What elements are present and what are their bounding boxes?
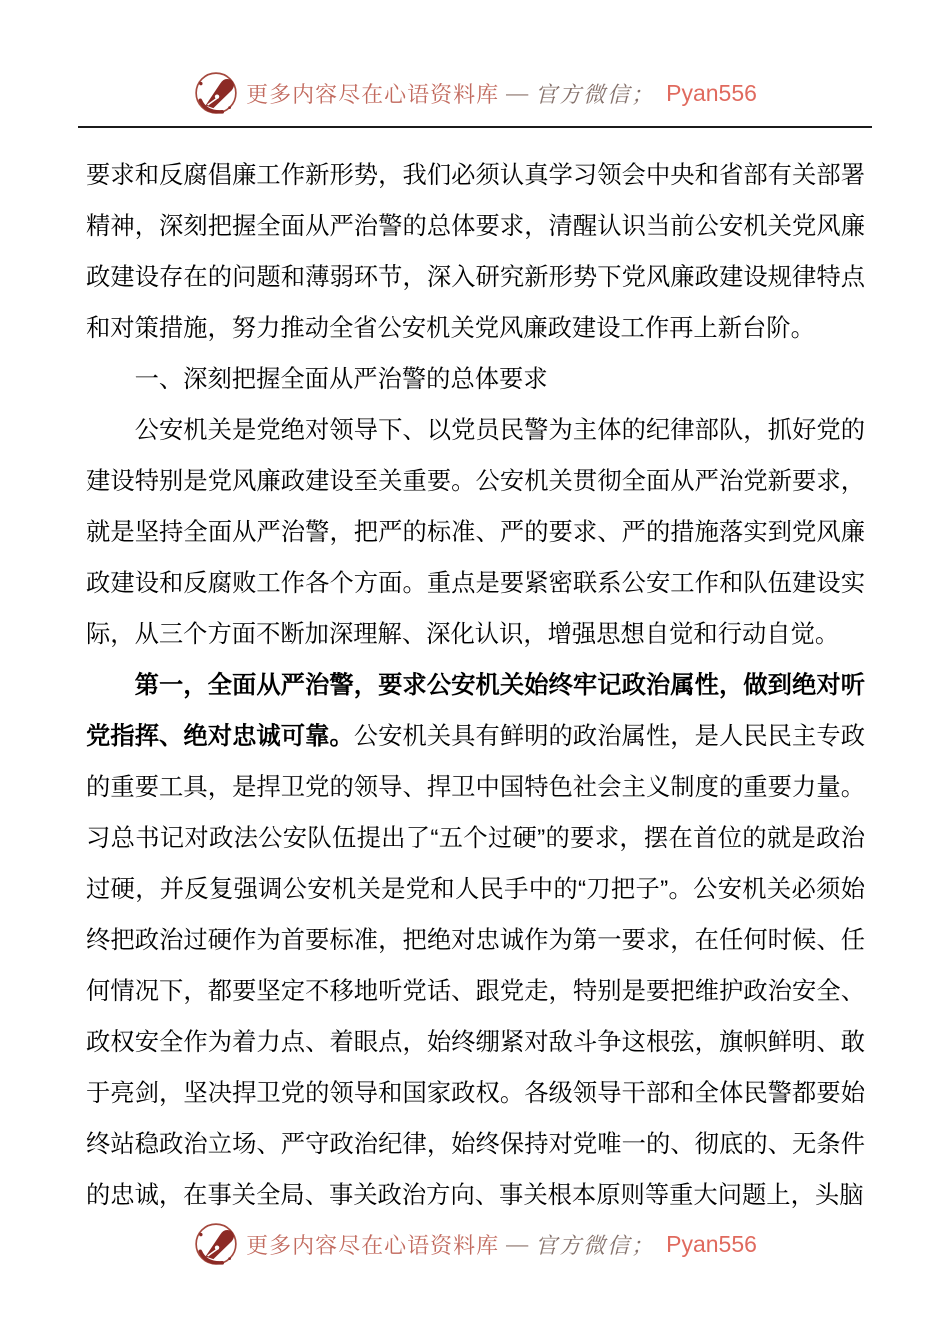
brand-text: 更多内容尽在心语资料库 — [246, 78, 499, 109]
document-page: 更多内容尽在心语资料库—官方微信；Pyan556 要求和反腐倡廉工作新形势，我们… — [0, 0, 950, 1344]
text-run: 公安机关具有鲜明的政治属性，是人民民主专政的重要工具，是捍卫党的领导、捍卫中国特… — [86, 723, 865, 1209]
text-run: 公安机关是党绝对领导下、以党员民警为主体的纪律部队，抓好党的建设特别是党风廉政建… — [86, 417, 865, 648]
wechat-id: Pyan556 — [666, 1231, 757, 1258]
paragraph: 公安机关是党绝对领导下、以党员民警为主体的纪律部队，抓好党的建设特别是党风廉政建… — [86, 405, 865, 660]
header-banner: 更多内容尽在心语资料库—官方微信；Pyan556 — [0, 70, 950, 116]
wechat-label: 官方微信； — [535, 1229, 655, 1260]
paragraph-first-point: 第一，全面从严治警，要求公安机关始终牢记政治属性，做到绝对听党指挥、绝对忠诚可靠… — [86, 660, 865, 1221]
pen-nib-circle-icon — [193, 1221, 239, 1267]
pen-nib-circle-icon — [193, 70, 239, 116]
text-run: 要求和反腐倡廉工作新形势，我们必须认真学习领会中央和省部有关部署精神，深刻把握全… — [86, 162, 865, 342]
brand-text: 更多内容尽在心语资料库 — [246, 1229, 499, 1260]
section-heading: 一、深刻把握全面从严治警的总体要求 — [86, 354, 865, 405]
wechat-label: 官方微信； — [535, 78, 655, 109]
document-body: 要求和反腐倡廉工作新形势，我们必须认真学习领会中央和省部有关部署精神，深刻把握全… — [86, 150, 865, 1221]
header-divider — [78, 126, 872, 128]
separator-dash: — — [506, 80, 528, 106]
separator-dash: — — [506, 1231, 528, 1257]
footer-banner: 更多内容尽在心语资料库—官方微信；Pyan556 — [0, 1221, 950, 1267]
paragraph-continuation: 要求和反腐倡廉工作新形势，我们必须认真学习领会中央和省部有关部署精神，深刻把握全… — [86, 150, 865, 354]
wechat-id: Pyan556 — [666, 80, 757, 107]
text-run: 一、深刻把握全面从严治警的总体要求 — [135, 366, 548, 393]
